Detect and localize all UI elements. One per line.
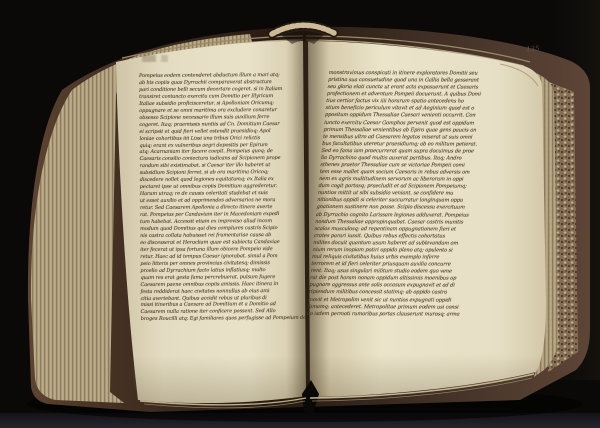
manuscript-text-line: gnationem sustinere non posse. Scipio di… [316, 204, 477, 212]
manuscript-text-line: lio isdem permoti rumoribus portas claus… [306, 311, 467, 319]
manuscript-text-line: ripiendum militibus concessit statimq; a… [308, 289, 469, 297]
manuscript-text-line: iuncto exercitu Caesar Gomphos pervenit … [324, 120, 485, 128]
manuscript-text-line: Caesarem paene omnibus copiis amissis. H… [140, 280, 296, 288]
manuscript-text-line: ab Dyrrachio cognito Larissam legiones a… [315, 212, 476, 220]
manuscript-text-line: ppositum oppidum Thessaliae Caesari veni… [324, 112, 485, 120]
manuscript-text-line: famamq; antecederet. Metropolitae primum… [307, 304, 468, 312]
manuscript-text-line: broges Roucilli atq; Egi familiares quos… [141, 315, 297, 323]
open-book-illustration [0, 0, 600, 428]
faint-inscription [142, 55, 176, 62]
manuscript-photograph: 135 Pompeius eodem contenderet abductum … [0, 0, 600, 428]
manuscript-text-line: movit et Metropolim venit sic ut nuntios… [308, 296, 469, 304]
left-page-text: Pompeius eodem contenderet abductum illu… [139, 72, 297, 323]
left-page-bottom-shade [128, 356, 306, 403]
folio-number: 135 [526, 45, 540, 53]
manuscript-text-line: cogeret. Itaq; praemissis nuntiis ad Cn.… [139, 121, 295, 129]
right-page-text: monstravimus conspicati in itinere explo… [306, 70, 488, 318]
